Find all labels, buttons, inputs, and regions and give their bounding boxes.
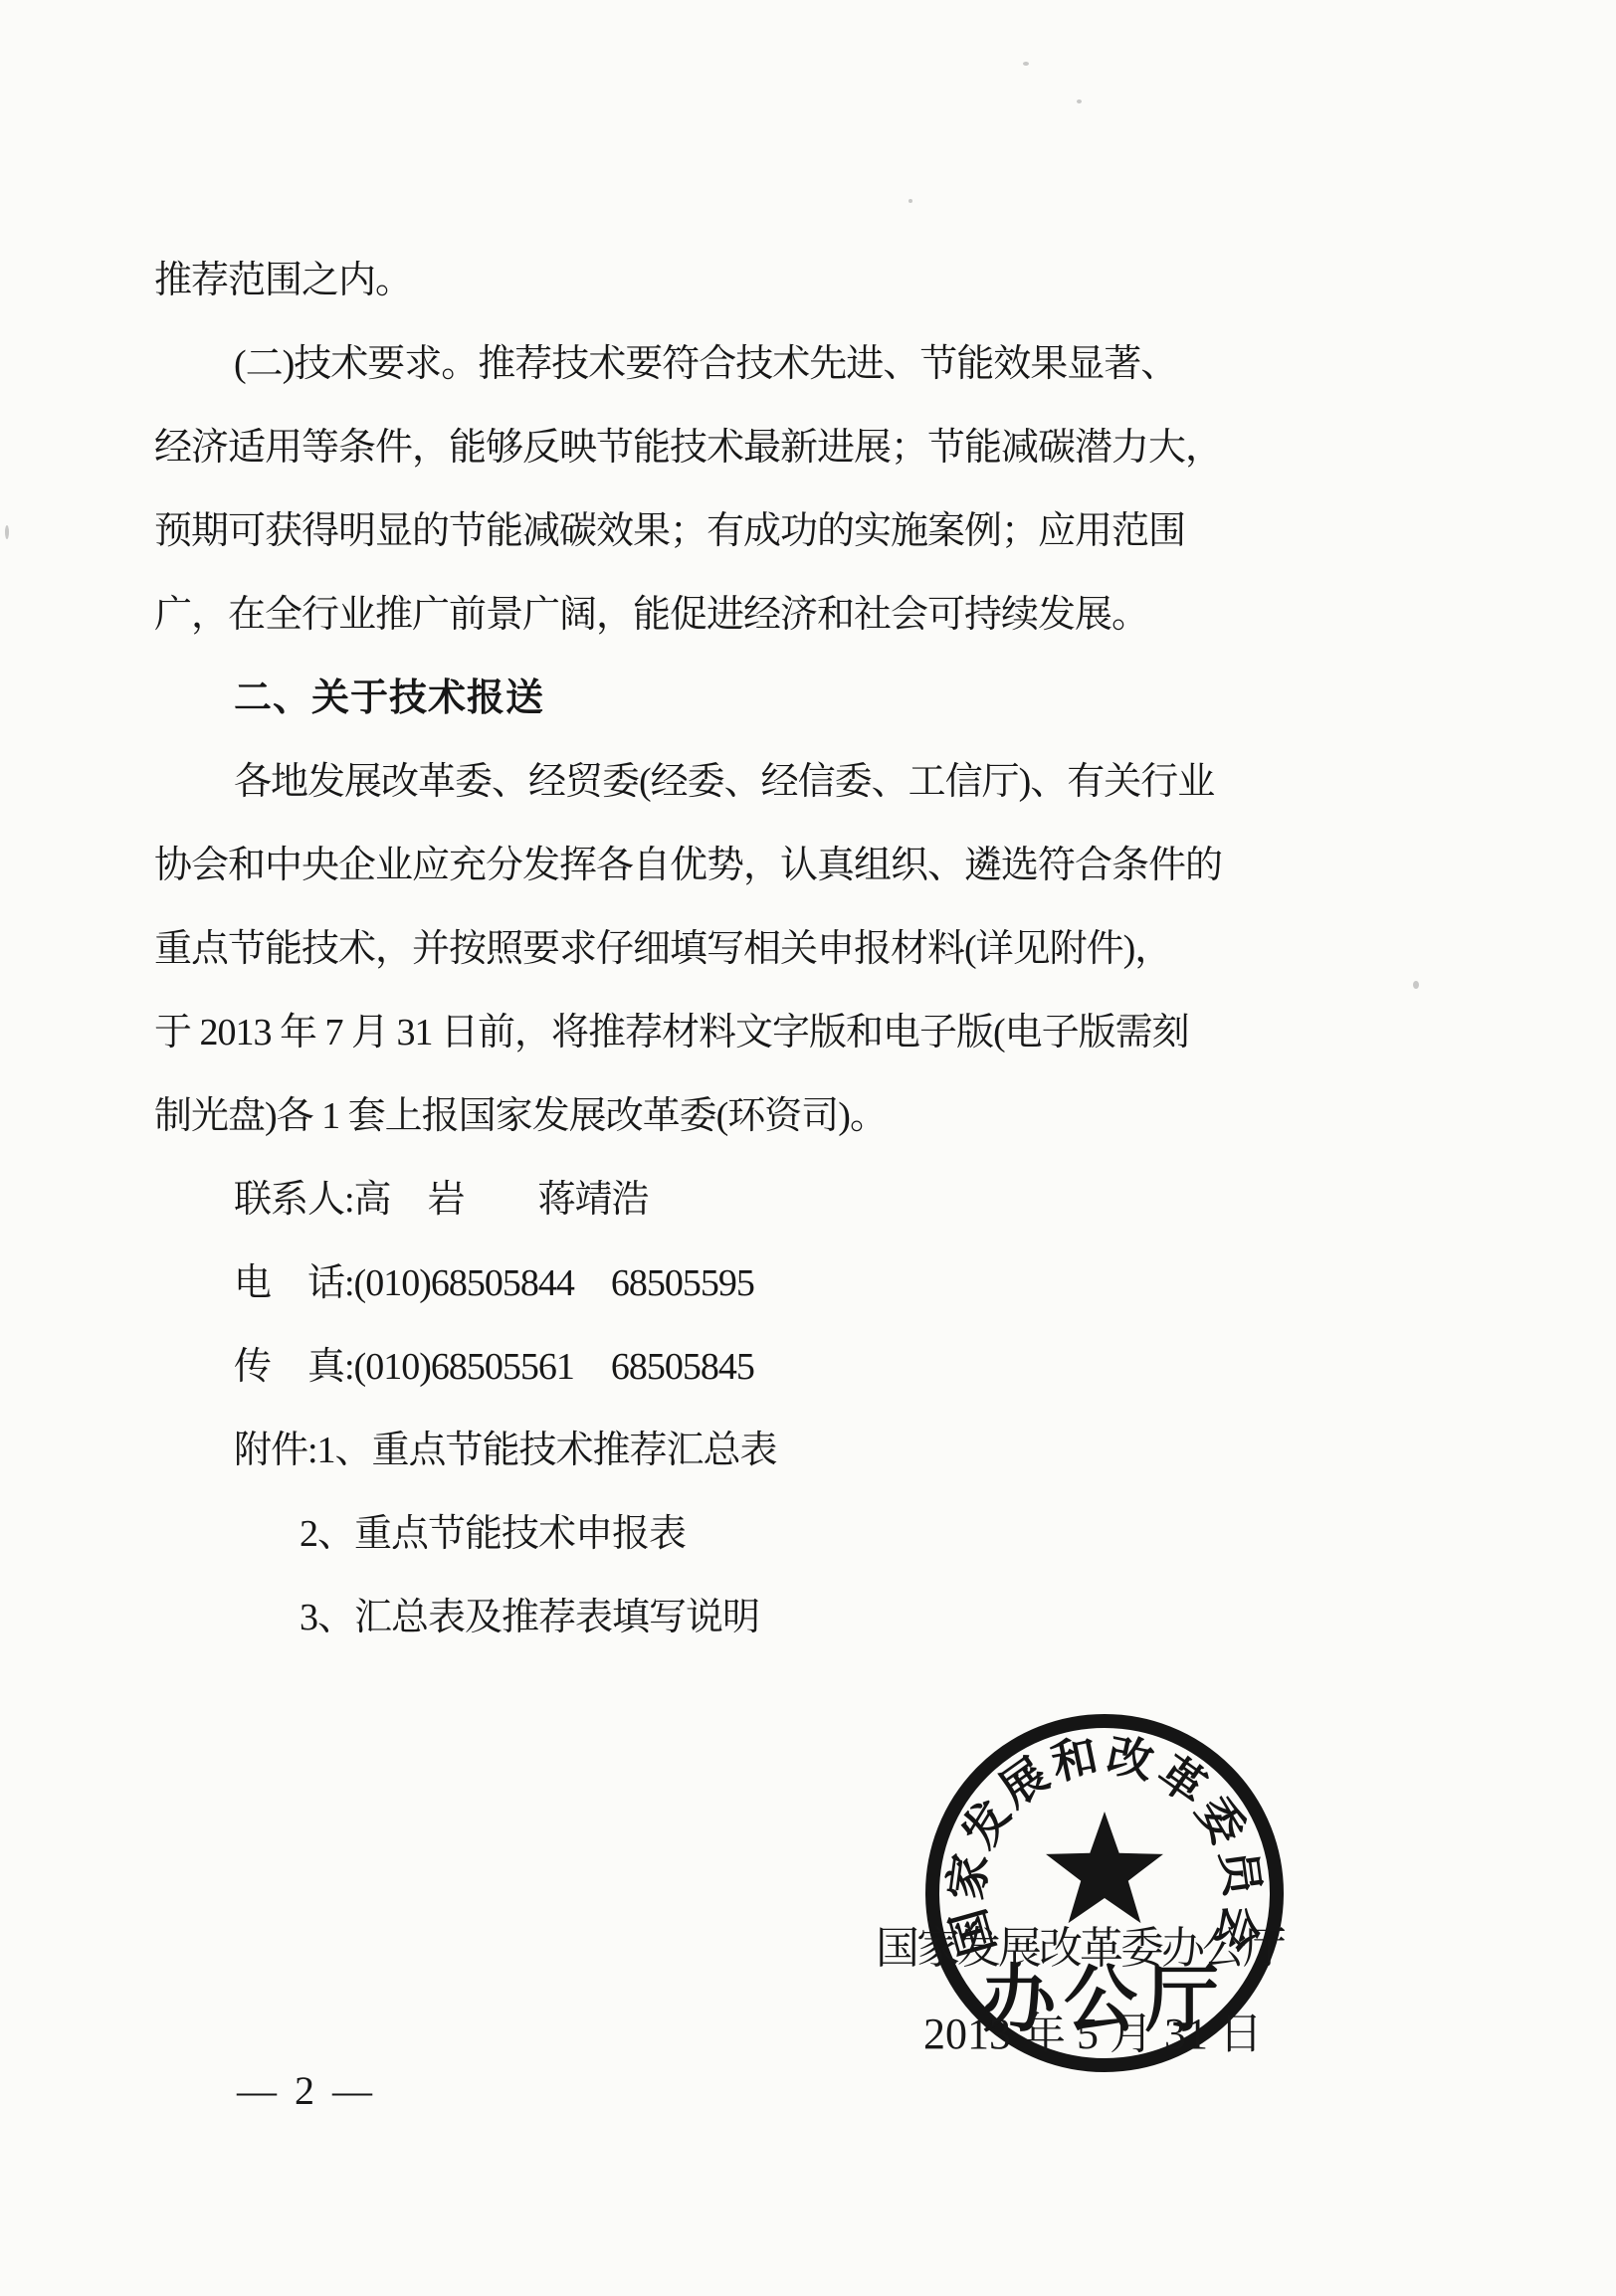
text-line-para1-3: 经济适用等条件，能够反映节能技术最新进展；节能减碳潜力大， — [154, 406, 1194, 489]
scan-speck — [1077, 99, 1082, 103]
contact-fax-line: 传 真:(010)68505561 68505845 — [154, 1325, 1194, 1409]
signature-date: 2013 年 5 月 31 日 — [923, 1998, 1263, 2061]
attachments-line-3: 3、汇总表及推荐表填写说明 — [154, 1576, 1194, 1659]
text-line-para1-4: 预期可获得明显的节能减碳效果；有成功的实施案例；应用范围 — [154, 489, 1194, 573]
scan-speck — [1413, 981, 1419, 989]
document-body: 推荐范围之内。 (二)技术要求。推荐技术要符合技术先进、节能效果显著、 经济适用… — [154, 239, 1194, 1659]
text-line-para2-4: 于 2013 年 7 月 31 日前，将推荐材料文字版和电子版(电子版需刻 — [154, 991, 1194, 1074]
star-icon — [1046, 1812, 1163, 1923]
text-line-para2-5: 制光盘)各 1 套上报国家发展改革委(环资司)。 — [154, 1074, 1194, 1158]
scan-speck — [1023, 62, 1029, 66]
text-line-para1-5: 广，在全行业推广前景广阔，能促进经济和社会可持续发展。 — [154, 573, 1194, 657]
page-number: — 2 — — [237, 2067, 376, 2114]
text-line-para2-1: 各地发展改革委、经贸委(经委、经信委、工信厅)、有关行业 — [154, 740, 1194, 824]
text-line-para1-1: 推荐范围之内。 — [154, 239, 1194, 322]
scanned-document-page: { "page": { "number": "— 2 —", "ink_colo… — [0, 0, 1616, 2296]
scan-speck — [5, 525, 9, 539]
scan-speck — [909, 199, 912, 203]
contact-phone-line: 电 话:(010)68505844 68505595 — [154, 1242, 1194, 1325]
signature-org: 国家发展改革委办公厅 — [876, 1912, 1284, 1976]
text-line-para2-3: 重点节能技术，并按照要求仔细填写相关申报材料(详见附件)， — [154, 907, 1194, 991]
attachments-line-2: 2、重点节能技术申报表 — [154, 1492, 1194, 1576]
text-line-para1-2: (二)技术要求。推荐技术要符合技术先进、节能效果显著、 — [154, 322, 1194, 406]
attachments-line-1: 附件:1、重点节能技术推荐汇总表 — [154, 1409, 1194, 1492]
section-heading: 二、关于技术报送 — [154, 657, 1194, 740]
contact-person-line: 联系人:高 岩 蒋靖浩 — [154, 1158, 1194, 1242]
text-line-para2-2: 协会和中央企业应充分发挥各自优势，认真组织、遴选符合条件的 — [154, 824, 1194, 907]
